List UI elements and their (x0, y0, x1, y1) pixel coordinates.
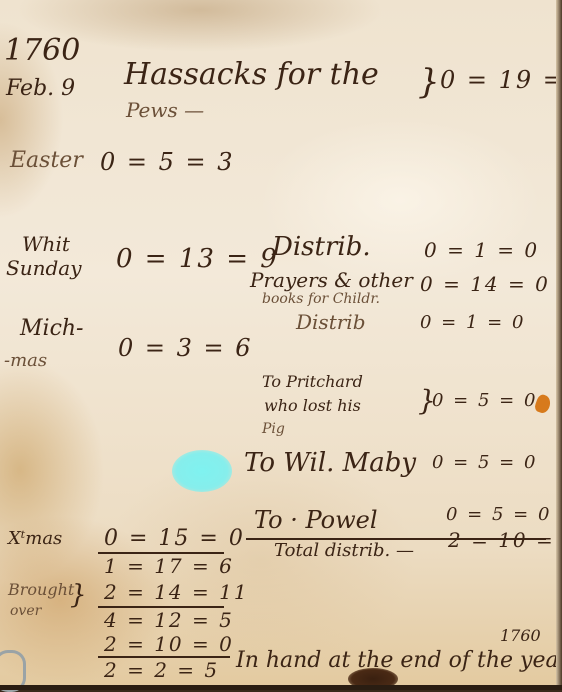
brought-over-amount: 2 = 14 = 11 (104, 582, 249, 602)
receipt-label-sunday: Sunday (6, 258, 82, 278)
date: Feb. 9 (6, 78, 75, 100)
footer-text: In hand at the end of the year (236, 650, 562, 672)
distrib-amount-1: 0 = 1 = 0 (424, 240, 539, 260)
brace: } (418, 62, 440, 102)
subtotal-amount: 1 = 17 = 6 (104, 556, 234, 576)
distrib-label-4a: To Pritchard (262, 374, 363, 390)
receipt-label-mas: -mas (4, 352, 47, 370)
distrib-label-4c: Pig (262, 422, 285, 436)
receipt-label-mich: Mich- (20, 318, 84, 340)
title-line-2: Pews — (126, 100, 204, 120)
brace: } (70, 580, 87, 610)
title-line-1: Hassacks for the (124, 60, 379, 90)
distrib-amount-3: 0 = 1 = 0 (420, 314, 525, 332)
footer-year: 1760 (500, 628, 541, 644)
year: 1760 (4, 36, 80, 66)
sum-amount: 4 = 12 = 5 (104, 610, 234, 630)
distrib-label-5: To Wil. Maby (244, 450, 416, 476)
page-edge (556, 0, 562, 690)
receipt-amount-michaelmas: 0 = 3 = 6 (118, 336, 253, 360)
ledger-page: 1760 Feb. 9 Hassacks for the Pews — } 0 … (0, 0, 560, 686)
bottom-edge (0, 685, 562, 690)
distrib-label-2a: Prayers & other (250, 270, 413, 290)
receipt-label-easter: Easter (10, 150, 83, 172)
cyan-spot (172, 450, 232, 492)
distrib-amount-4: 0 = 5 = 0 (432, 392, 537, 410)
balance-amount: 2 = 2 = 5 (104, 660, 219, 680)
less-amount: 2 = 10 = 0 (104, 634, 234, 654)
brought-over-label-1: Brought (8, 582, 74, 598)
receipt-label-whit: Whit (22, 234, 70, 254)
distrib-label-1: Distrib. (272, 234, 371, 260)
distrib-label-3: Distrib (296, 312, 366, 332)
receipt-amount-easter: 0 = 5 = 3 (100, 150, 235, 174)
binding-clip (0, 650, 26, 690)
receipt-label-xmas: Xᵗmas (8, 530, 62, 548)
brought-over-label-2: over (10, 604, 41, 618)
receipt-amount-xmas: 0 = 15 = 0 (104, 528, 245, 550)
distrib-amount-5: 0 = 5 = 0 (432, 454, 537, 472)
title-amount: 0 = 19 = 0 (440, 68, 562, 92)
distrib-amount-6: 0 = 5 = 0 (446, 506, 551, 524)
distrib-label-4b: who lost his (264, 398, 361, 414)
total-distrib-amount: 2 = 10 = 0 (448, 530, 562, 550)
distrib-label-6: To · Powel (254, 508, 378, 532)
distrib-label-2b: books for Childr. (262, 292, 380, 306)
total-distrib-label: Total distrib. — (274, 542, 414, 560)
distrib-amount-2: 0 = 14 = 0 (420, 274, 550, 294)
